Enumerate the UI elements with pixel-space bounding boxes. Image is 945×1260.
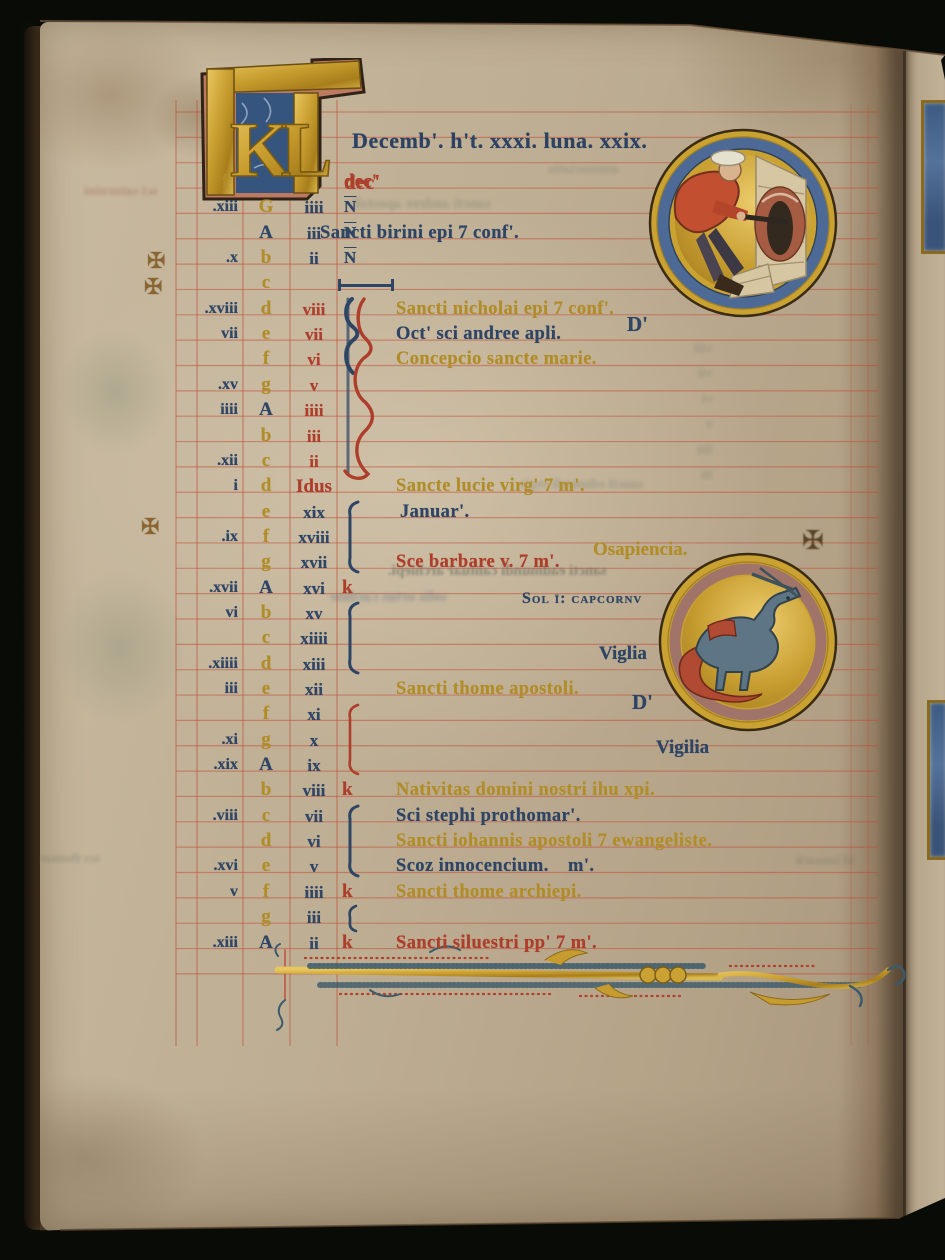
day-numeral: v xyxy=(288,858,340,875)
calendar-row-day-22: fxi xyxy=(0,702,945,728)
dominical-letter: e xyxy=(246,856,286,875)
day-numeral: xix xyxy=(288,504,340,521)
calendar-row-day-31: .xiiiAiikSancti siluestri pp' 7 m'. xyxy=(0,931,945,957)
calendar-row-day-6: .xviiidviiiSancti nicholai epi 7 conf'. xyxy=(0,297,945,323)
dominical-letter: f xyxy=(222,172,228,191)
feast-entry: Oct' sci andree apli. xyxy=(396,325,561,344)
dominical-letter: d xyxy=(246,654,286,673)
feast-entry: Concepcio sancte marie. xyxy=(396,350,597,369)
margin-note: Viglia xyxy=(599,644,647,663)
dominical-letter: e xyxy=(246,324,286,343)
dominical-letter: b xyxy=(246,248,286,267)
day-numeral: vii xyxy=(288,326,340,343)
margin-cross-icon: ✠ xyxy=(147,248,165,274)
golden-number: .xv xyxy=(140,377,238,393)
golden-number: .xix xyxy=(140,757,238,773)
kalends-marker: k xyxy=(342,780,353,799)
day-numeral: x xyxy=(288,732,340,749)
dominical-letter: A xyxy=(246,223,286,242)
dominical-letter: A xyxy=(246,400,286,419)
calendar-row-day-9: .xvgv xyxy=(0,373,945,399)
margin-cross-icon: ✠ xyxy=(141,514,159,540)
golden-number: vii xyxy=(140,326,238,342)
calendar-row-day-2: .xiiiGiiiiN xyxy=(0,195,945,221)
feast-entry: Nativitas domini nostri ihu xpi. xyxy=(396,781,655,800)
dominical-letter: f xyxy=(246,882,286,901)
nones-marker: N xyxy=(344,249,356,266)
day-numeral: ii xyxy=(288,250,340,267)
calendar-row-day-24: .xixAix xyxy=(0,753,945,779)
month-header: Decemb'. h't. xxxi. luna. xxix. xyxy=(352,128,647,154)
calendar-row-day-8: fviConcepcio sancte marie. xyxy=(0,347,945,373)
golden-number: .xvii xyxy=(140,580,238,596)
dominical-letter: g xyxy=(246,552,286,571)
margin-cross-icon: ✠ xyxy=(802,526,824,556)
day-numeral: viii xyxy=(288,301,340,318)
red-dec-note: dec' xyxy=(344,172,380,193)
feast-entry: Scoz innocencium. m'. xyxy=(396,857,594,876)
calendar-row-day-18: vibxv xyxy=(0,601,945,627)
calendar-row-day-29: vfiiiikSancti thome archiepi. xyxy=(0,880,945,906)
manuscript-photo: { "document": { "kind": "Illuminated psa… xyxy=(0,0,945,1260)
dominical-letter: f xyxy=(246,704,286,723)
golden-number: .xviii xyxy=(140,301,238,317)
day-numeral: v xyxy=(288,377,340,394)
calendar-row-day-13: idIdusSancte lucie virg' 7 m'. xyxy=(0,474,945,500)
calendar-row-day-12: .xiicii xyxy=(0,449,945,475)
golden-number: .xvi xyxy=(140,858,238,874)
day-numeral: ix xyxy=(288,757,340,774)
day-numeral: xiii xyxy=(288,656,340,673)
golden-number: v xyxy=(140,884,238,900)
feast-entry: Sancti siluestri pp' 7 m'. xyxy=(396,934,597,953)
dominical-letter: A xyxy=(246,755,286,774)
dominical-letter: g xyxy=(246,730,286,749)
day-numeral: xii xyxy=(288,681,340,698)
dominical-letter: b xyxy=(246,603,286,622)
calendar-row-day-26: .viiicviiSci stephi prothomar'. xyxy=(0,804,945,830)
ides-marker: Idus xyxy=(296,477,332,496)
calendar-row-day-17: .xviiAxvik xyxy=(0,576,945,602)
feast-entry: Sancte lucie virg' 7 m'. xyxy=(396,477,585,496)
feast-entry: Sci stephi prothomar'. xyxy=(396,807,581,826)
calendar-row-day-20: .xiiiidxiii xyxy=(0,652,945,678)
kalends-marker: k xyxy=(342,933,353,952)
calendar-row-day-23: .xigx xyxy=(0,728,945,754)
feast-entry: Sancti iohannis apostoli 7 ewangeliste. xyxy=(396,832,712,851)
dominical-letter: d xyxy=(246,476,286,495)
dominical-letter: e xyxy=(246,679,286,698)
dominical-letter: c xyxy=(246,451,286,470)
day-numeral: viii xyxy=(288,782,340,799)
kalends-marker: k xyxy=(342,882,353,901)
calendar-row-day-25: bviiikNativitas domini nostri ihu xpi. xyxy=(0,778,945,804)
day-numeral: vi xyxy=(288,833,340,850)
golden-number: .xiii xyxy=(140,199,238,215)
margin-note: Osapiencia. xyxy=(593,540,687,559)
day-numeral: vi xyxy=(288,351,340,368)
calendar-row-day-1: fdec' xyxy=(0,170,945,196)
margin-cross-icon: ✠ xyxy=(144,274,162,300)
golden-number: iii xyxy=(140,681,238,697)
feast-entry: Sancti thome archiepi. xyxy=(396,883,582,902)
day-numeral: iii xyxy=(288,909,340,926)
dominical-letter: d xyxy=(246,299,286,318)
day-numeral: xv xyxy=(288,605,340,622)
feast-entry: Sancti birini epi 7 conf'. xyxy=(320,224,519,243)
golden-number: .xi xyxy=(140,732,238,748)
day-numeral: xi xyxy=(288,706,340,723)
dominical-letter: b xyxy=(246,780,286,799)
day-numeral: xvii xyxy=(288,554,340,571)
feast-entry: Januar'. xyxy=(400,503,470,522)
calendar-row-day-4: .xbiiN xyxy=(0,246,945,272)
golden-number: vi xyxy=(140,605,238,621)
calendar-row-day-30: giii xyxy=(0,905,945,931)
golden-number: iiii xyxy=(140,402,238,418)
margin-note: Vigilia xyxy=(656,738,709,757)
day-numeral: xviii xyxy=(288,529,340,546)
nonas-bar-marker xyxy=(338,279,394,291)
calendar-row-day-5: c xyxy=(0,271,945,297)
dominical-letter: A xyxy=(246,933,286,952)
feast-entry: Sancti thome apostoli. xyxy=(396,680,579,699)
calendar-row-day-11: biii xyxy=(0,424,945,450)
day-numeral: vii xyxy=(288,808,340,825)
dominical-letter: A xyxy=(246,578,286,597)
day-numeral: ii xyxy=(288,935,340,952)
day-numeral: ii xyxy=(288,453,340,470)
day-numeral: iiii xyxy=(288,402,340,419)
golden-number: .xiii xyxy=(140,935,238,951)
calendar-row-day-10: iiiiAiiii xyxy=(0,398,945,424)
day-numeral: iii xyxy=(288,428,340,445)
day-numeral: xiiii xyxy=(288,630,340,647)
golden-number: i xyxy=(140,478,238,494)
dominical-letter: f xyxy=(246,527,286,546)
golden-number: .viii xyxy=(140,808,238,824)
dominical-letter: f xyxy=(246,349,286,368)
nones-marker: N xyxy=(344,198,356,215)
dominical-letter: c xyxy=(246,628,286,647)
dominical-letter: g xyxy=(246,375,286,394)
feast-entry: Sancti nicholai epi 7 conf'. xyxy=(396,300,614,319)
day-numeral: xvi xyxy=(288,580,340,597)
dominical-letter: b xyxy=(246,426,286,445)
golden-number: .xii xyxy=(140,453,238,469)
dominical-letter: G xyxy=(246,197,286,216)
calendar-row-day-7: viieviiOct' sci andree apli. xyxy=(0,322,945,348)
dominical-letter: e xyxy=(246,502,286,521)
golden-number: .xiiii xyxy=(140,656,238,672)
margin-note: D' xyxy=(627,314,648,335)
margin-note: D' xyxy=(632,692,653,713)
calendar-row-day-28: .xvievScoz innocencium. m'. xyxy=(0,854,945,880)
dominical-letter: c xyxy=(246,273,286,292)
margin-note: Sol ī: capcornv xyxy=(522,591,642,607)
calendar-row-day-3: AiiiNSancti birini epi 7 conf'. xyxy=(0,221,945,247)
day-numeral: iiii xyxy=(288,199,340,216)
kalends-marker: k xyxy=(342,578,353,597)
day-numeral: iiii xyxy=(288,884,340,901)
dominical-letter: d xyxy=(246,831,286,850)
feast-entry: Sce barbare v. 7 m'. xyxy=(396,553,560,572)
dominical-letter: g xyxy=(246,907,286,926)
calendar-row-day-19: cxiiii xyxy=(0,626,945,652)
calendar-row-day-27: dviSancti iohannis apostoli 7 ewangelist… xyxy=(0,829,945,855)
calendar-row-day-21: iiiexiiSancti thome apostoli. xyxy=(0,677,945,703)
dominical-letter: c xyxy=(246,806,286,825)
